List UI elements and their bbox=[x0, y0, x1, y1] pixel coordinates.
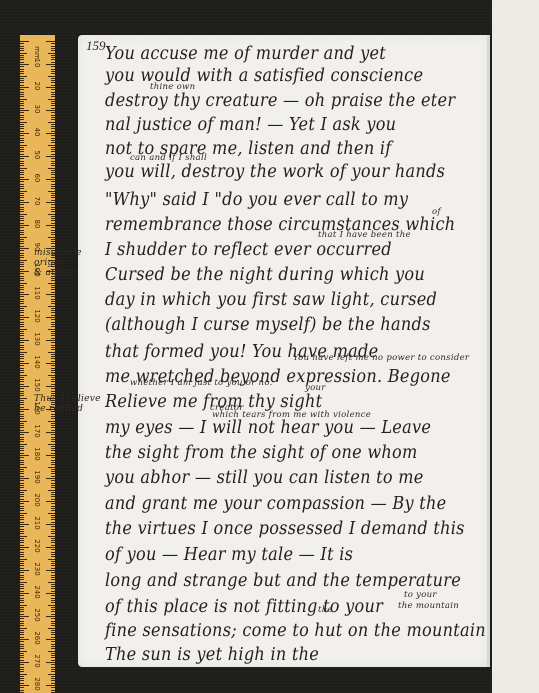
ruler-tick bbox=[51, 312, 55, 313]
ruler-tick bbox=[51, 473, 55, 474]
ruler-tick bbox=[20, 262, 24, 263]
ruler-tick bbox=[20, 112, 24, 113]
ruler-tick bbox=[51, 48, 55, 49]
ruler-tick bbox=[51, 73, 55, 74]
folio-number: 159 bbox=[86, 38, 106, 54]
ruler-tick bbox=[46, 455, 55, 456]
ruler-tick bbox=[20, 239, 24, 240]
ruler-tick bbox=[20, 437, 24, 438]
ruler-tick bbox=[51, 381, 55, 382]
ruler-tick bbox=[51, 57, 55, 58]
ruler-tick bbox=[20, 135, 24, 136]
ruler-tick bbox=[20, 404, 24, 405]
ruler-tick bbox=[51, 158, 55, 159]
ruler-label: 110 bbox=[33, 285, 41, 301]
ruler-tick bbox=[20, 347, 24, 348]
ruler-tick bbox=[20, 358, 24, 359]
ruler-tick bbox=[51, 464, 55, 465]
ruler-tick bbox=[20, 85, 24, 86]
ruler-tick bbox=[51, 508, 55, 509]
ruler-tick bbox=[48, 168, 55, 169]
manuscript-line: I shudder to reflect ever occurred bbox=[105, 240, 392, 260]
ruler-tick bbox=[51, 687, 55, 688]
ruler-tick bbox=[20, 53, 27, 54]
ruler-tick bbox=[51, 602, 55, 603]
ruler-tick bbox=[20, 524, 29, 525]
ruler-tick bbox=[51, 172, 55, 173]
ruler-tick bbox=[20, 186, 24, 187]
ruler-tick bbox=[51, 280, 55, 281]
ruler-tick bbox=[51, 370, 55, 371]
ruler-tick bbox=[20, 478, 29, 479]
ruler-tick bbox=[51, 299, 55, 300]
ruler-tick bbox=[51, 108, 55, 109]
ruler-tick bbox=[51, 545, 55, 546]
ruler-tick bbox=[20, 234, 24, 235]
manuscript-line: of this place is not fitting to your bbox=[105, 597, 383, 617]
ruler-tick bbox=[20, 188, 24, 189]
ruler-tick bbox=[20, 138, 24, 139]
ruler-tick bbox=[20, 480, 24, 481]
ruler-tick bbox=[51, 448, 55, 449]
ruler-tick bbox=[51, 296, 55, 297]
ruler-tick bbox=[51, 117, 55, 118]
ruler-tick bbox=[20, 59, 24, 60]
ruler-tick bbox=[20, 671, 24, 672]
ruler-tick bbox=[51, 227, 55, 228]
manuscript-line: nal justice of man! — Yet I ask you bbox=[105, 115, 396, 135]
ruler-tick bbox=[46, 156, 55, 157]
ruler-tick bbox=[20, 554, 24, 555]
ruler-tick bbox=[20, 204, 24, 205]
ruler-tick bbox=[20, 522, 24, 523]
ruler-tick bbox=[20, 563, 24, 564]
ruler-tick bbox=[51, 561, 55, 562]
ruler-tick bbox=[51, 165, 55, 166]
ruler-tick bbox=[20, 340, 29, 341]
ruler-label: 210 bbox=[33, 515, 41, 531]
ruler-tick bbox=[51, 96, 55, 97]
ruler-tick bbox=[20, 623, 24, 624]
ruler-tick bbox=[20, 515, 24, 516]
margin-note: miserable bbox=[34, 248, 82, 258]
ruler-tick bbox=[51, 211, 55, 212]
ruler-tick bbox=[20, 391, 24, 392]
ruler-tick bbox=[20, 333, 24, 334]
manuscript-line: Cursed be the night during which you bbox=[105, 265, 425, 285]
ruler-tick bbox=[48, 375, 55, 376]
ruler-tick bbox=[20, 230, 24, 231]
ruler-tick bbox=[51, 361, 55, 362]
ruler-tick bbox=[20, 197, 24, 198]
ruler-tick bbox=[20, 398, 27, 399]
ruler-tick bbox=[51, 683, 55, 684]
ruler-tick bbox=[48, 444, 55, 445]
ruler-tick bbox=[20, 308, 24, 309]
ruler-tick bbox=[20, 310, 24, 311]
ruler-tick bbox=[20, 257, 24, 258]
ruler-tick bbox=[20, 517, 24, 518]
ruler-tick bbox=[46, 87, 55, 88]
ruler-tick bbox=[51, 62, 55, 63]
ruler-tick bbox=[20, 370, 24, 371]
ruler-tick bbox=[20, 200, 24, 201]
ruler-tick bbox=[51, 142, 55, 143]
ruler-tick bbox=[20, 538, 24, 539]
ruler-tick bbox=[20, 600, 24, 601]
ruler-tick bbox=[20, 644, 24, 645]
manuscript-line: the virtues I once possessed I demand th… bbox=[105, 519, 465, 539]
ruler-tick bbox=[20, 409, 29, 410]
ruler-tick bbox=[51, 372, 55, 373]
ruler-tick bbox=[20, 595, 24, 596]
ruler-tick bbox=[20, 393, 24, 394]
ruler-tick bbox=[20, 246, 24, 247]
ruler-tick bbox=[48, 559, 55, 560]
ruler-tick bbox=[20, 503, 24, 504]
ruler-tick bbox=[51, 195, 55, 196]
ruler-tick bbox=[20, 625, 24, 626]
ruler-tick bbox=[48, 76, 55, 77]
ruler-tick bbox=[20, 605, 27, 606]
ruler-tick bbox=[20, 145, 27, 146]
ruler-tick bbox=[51, 669, 55, 670]
ruler-label: 180 bbox=[33, 446, 41, 462]
ruler-tick bbox=[20, 490, 27, 491]
ruler-tick bbox=[20, 685, 29, 686]
ruler-tick bbox=[20, 485, 24, 486]
ruler-tick bbox=[51, 324, 55, 325]
ruler-tick bbox=[51, 326, 55, 327]
ruler-tick bbox=[20, 529, 24, 530]
ruler-tick bbox=[51, 368, 55, 369]
ruler-tick bbox=[51, 285, 55, 286]
ruler-label: 20 bbox=[33, 78, 41, 94]
ruler-tick bbox=[20, 78, 24, 79]
ruler-tick bbox=[51, 476, 55, 477]
ruler-tick bbox=[20, 46, 24, 47]
ruler-tick bbox=[51, 384, 55, 385]
ruler-tick bbox=[20, 547, 29, 548]
ruler-tick bbox=[20, 92, 24, 93]
ruler-tick bbox=[20, 460, 24, 461]
ruler-tick bbox=[20, 457, 24, 458]
ruler-tick bbox=[20, 545, 24, 546]
ruler-tick bbox=[20, 427, 24, 428]
ruler-tick bbox=[20, 140, 24, 141]
ruler-tick bbox=[51, 358, 55, 359]
ruler-label: 260 bbox=[33, 630, 41, 646]
ruler-tick bbox=[20, 165, 24, 166]
ruler-tick bbox=[20, 365, 24, 366]
ruler-tick bbox=[48, 99, 55, 100]
ruler-tick bbox=[51, 331, 55, 332]
ruler-tick bbox=[51, 471, 55, 472]
ruler-tick bbox=[20, 271, 29, 272]
ruler-tick bbox=[51, 218, 55, 219]
ruler-tick bbox=[20, 494, 24, 495]
ruler-tick bbox=[51, 59, 55, 60]
interlinear-insertion: whether I am just to you or no. bbox=[130, 378, 273, 388]
ruler-tick bbox=[20, 294, 29, 295]
ruler-tick bbox=[51, 101, 55, 102]
manuscript-line: of you — Hear my tale — It is bbox=[105, 545, 353, 565]
ruler-tick bbox=[20, 439, 24, 440]
ruler-tick bbox=[20, 352, 27, 353]
ruler-tick bbox=[51, 529, 55, 530]
ruler-tick bbox=[20, 607, 24, 608]
ruler-tick bbox=[51, 161, 55, 162]
ruler-tick bbox=[20, 536, 27, 537]
ruler-tick bbox=[20, 506, 24, 507]
ruler-tick bbox=[51, 85, 55, 86]
ruler-label: 140 bbox=[33, 354, 41, 370]
ruler-tick bbox=[20, 179, 29, 180]
ruler-tick bbox=[51, 434, 55, 435]
ruler-tick bbox=[51, 322, 55, 323]
ruler-tick bbox=[20, 76, 27, 77]
ruler-tick bbox=[51, 446, 55, 447]
ruler-tick bbox=[51, 549, 55, 550]
ruler-tick bbox=[51, 92, 55, 93]
ruler-tick bbox=[51, 611, 55, 612]
ruler-tick bbox=[51, 232, 55, 233]
ruler-tick bbox=[46, 616, 55, 617]
ruler-tick bbox=[51, 151, 55, 152]
margin-note: Thus I relieve bbox=[34, 394, 101, 404]
ruler-tick bbox=[20, 329, 27, 330]
ruler-tick bbox=[20, 48, 24, 49]
ruler-tick bbox=[51, 494, 55, 495]
ruler-tick bbox=[20, 126, 24, 127]
ruler-tick bbox=[20, 510, 24, 511]
ruler-tick bbox=[20, 195, 24, 196]
ruler-tick bbox=[20, 110, 29, 111]
ruler-tick bbox=[51, 230, 55, 231]
ruler-label: 200 bbox=[33, 492, 41, 508]
ruler-tick bbox=[51, 430, 55, 431]
ruler-tick bbox=[51, 82, 55, 83]
ruler-tick bbox=[20, 531, 24, 532]
ruler-tick bbox=[51, 621, 55, 622]
ruler-tick bbox=[51, 657, 55, 658]
ruler-tick bbox=[20, 168, 27, 169]
ruler-tick bbox=[20, 655, 24, 656]
ruler-tick bbox=[51, 105, 55, 106]
ruler-tick bbox=[48, 490, 55, 491]
ruler-tick bbox=[51, 319, 55, 320]
ruler-tick bbox=[51, 441, 55, 442]
ruler-tick bbox=[51, 584, 55, 585]
ruler-tick bbox=[20, 349, 24, 350]
ruler-tick bbox=[51, 103, 55, 104]
ruler-tick bbox=[20, 149, 24, 150]
ruler-tick bbox=[20, 611, 24, 612]
ruler-tick bbox=[51, 598, 55, 599]
ruler-tick bbox=[20, 575, 24, 576]
ruler-tick bbox=[20, 434, 24, 435]
ruler-tick bbox=[20, 163, 24, 164]
ruler-tick bbox=[20, 87, 29, 88]
ruler-tick bbox=[20, 342, 24, 343]
ruler-tick bbox=[20, 319, 24, 320]
manuscript-line: destroy thy creature — oh praise the ete… bbox=[105, 91, 455, 111]
ruler-tick bbox=[20, 501, 29, 502]
ruler-tick bbox=[51, 308, 55, 309]
ruler-tick bbox=[51, 163, 55, 164]
manuscript-line: you will, destroy the work of your hands bbox=[105, 162, 445, 182]
ruler-tick bbox=[46, 639, 55, 640]
ruler-tick bbox=[20, 639, 29, 640]
ruler-tick bbox=[20, 41, 29, 42]
interlinear-insertion: You have left me no power to consider bbox=[293, 353, 469, 363]
ruler-tick bbox=[20, 285, 24, 286]
ruler-tick bbox=[51, 646, 55, 647]
ruler-tick bbox=[51, 572, 55, 573]
ruler-tick bbox=[20, 657, 24, 658]
ruler-tick bbox=[20, 280, 24, 281]
ruler-tick bbox=[51, 207, 55, 208]
ruler-tick bbox=[20, 335, 24, 336]
ruler-label: 80 bbox=[33, 216, 41, 232]
ruler-tick bbox=[20, 299, 24, 300]
ruler-tick bbox=[51, 676, 55, 677]
ruler-tick bbox=[51, 204, 55, 205]
ruler-tick bbox=[20, 400, 24, 401]
ruler-tick bbox=[20, 646, 24, 647]
interlinear-insertion: to your bbox=[404, 590, 437, 600]
ruler-tick bbox=[51, 423, 55, 424]
ruler-tick bbox=[20, 464, 24, 465]
interlinear-insertion: that I have been the bbox=[318, 230, 411, 240]
ruler-tick bbox=[20, 273, 24, 274]
ruler-tick bbox=[51, 71, 55, 72]
ruler-tick bbox=[51, 391, 55, 392]
ruler-tick bbox=[20, 170, 24, 171]
interlinear-insertion: thine own bbox=[150, 82, 195, 92]
ruler-tick bbox=[51, 586, 55, 587]
ruler-tick bbox=[20, 616, 29, 617]
ruler-tick bbox=[20, 172, 24, 173]
ruler-tick bbox=[20, 292, 24, 293]
ruler-tick bbox=[48, 605, 55, 606]
ruler-label: 170 bbox=[33, 423, 41, 439]
ruler-tick bbox=[20, 411, 24, 412]
ruler-tick bbox=[51, 131, 55, 132]
ruler-tick bbox=[48, 421, 55, 422]
ruler-tick bbox=[46, 524, 55, 525]
ruler-tick bbox=[20, 193, 24, 194]
ruler-tick bbox=[51, 303, 55, 304]
ruler-tick bbox=[20, 628, 27, 629]
ruler-tick bbox=[51, 522, 55, 523]
ruler-tick bbox=[51, 94, 55, 95]
ruler-tick bbox=[20, 241, 24, 242]
ruler-tick bbox=[51, 680, 55, 681]
ruler-tick bbox=[20, 568, 24, 569]
ruler-tick bbox=[51, 181, 55, 182]
ruler-tick bbox=[20, 637, 24, 638]
ruler-tick bbox=[51, 483, 55, 484]
ruler-tick bbox=[51, 66, 55, 67]
ruler-tick bbox=[20, 416, 24, 417]
ruler-tick bbox=[20, 345, 24, 346]
ruler-tick bbox=[51, 124, 55, 125]
ruler-tick bbox=[20, 680, 24, 681]
ruler-tick bbox=[51, 241, 55, 242]
ruler-tick bbox=[51, 648, 55, 649]
ruler-tick bbox=[20, 499, 24, 500]
ruler-tick bbox=[20, 632, 24, 633]
ruler-tick bbox=[46, 340, 55, 341]
ruler-tick bbox=[51, 457, 55, 458]
ruler-tick bbox=[51, 243, 55, 244]
ruler-tick bbox=[20, 278, 24, 279]
manuscript-line: (although I curse myself) be the hands bbox=[105, 315, 431, 335]
ruler-label: 190 bbox=[33, 469, 41, 485]
ruler-tick bbox=[20, 496, 24, 497]
ruler-tick bbox=[20, 211, 24, 212]
ruler-tick bbox=[51, 510, 55, 511]
ruler-tick bbox=[20, 473, 24, 474]
ruler-tick bbox=[20, 296, 24, 297]
ruler-tick bbox=[51, 632, 55, 633]
ruler-tick bbox=[20, 303, 24, 304]
ruler-tick bbox=[51, 335, 55, 336]
ruler-tick bbox=[51, 149, 55, 150]
ruler-tick bbox=[51, 246, 55, 247]
ruler-tick bbox=[20, 375, 27, 376]
ruler-tick bbox=[20, 621, 24, 622]
page-edge bbox=[487, 35, 490, 667]
ruler-tick bbox=[20, 62, 24, 63]
ruler-tick bbox=[20, 94, 24, 95]
ruler-tick bbox=[20, 50, 24, 51]
ruler-tick bbox=[46, 317, 55, 318]
ruler-tick bbox=[20, 386, 29, 387]
ruler-tick bbox=[20, 467, 27, 468]
manuscript-line: the sight from the sight of one whom bbox=[105, 443, 418, 463]
ruler-label: 270 bbox=[33, 653, 41, 669]
ruler-tick bbox=[48, 53, 55, 54]
ruler-tick bbox=[51, 140, 55, 141]
ruler-tick bbox=[20, 674, 27, 675]
margin-note: & author bbox=[34, 268, 78, 278]
ruler-tick bbox=[46, 133, 55, 134]
ruler-tick bbox=[51, 690, 55, 691]
ruler-tick bbox=[51, 540, 55, 541]
ruler-tick bbox=[20, 216, 24, 217]
ruler-tick bbox=[20, 43, 24, 44]
ruler-tick bbox=[51, 644, 55, 645]
ruler-tick bbox=[51, 653, 55, 654]
ruler-tick bbox=[20, 220, 24, 221]
ruler-tick bbox=[20, 430, 24, 431]
ruler-label: 50 bbox=[33, 147, 41, 163]
ruler-tick bbox=[46, 662, 55, 663]
ruler-tick bbox=[20, 181, 24, 182]
interlinear-insertion: of bbox=[432, 207, 441, 217]
ruler-tick bbox=[51, 112, 55, 113]
ruler-tick bbox=[51, 671, 55, 672]
ruler-tick bbox=[51, 186, 55, 187]
ruler-tick bbox=[51, 563, 55, 564]
ruler-tick bbox=[20, 618, 24, 619]
ruler-tick bbox=[20, 253, 24, 254]
ruler-tick bbox=[48, 329, 55, 330]
ruler-tick bbox=[20, 361, 24, 362]
ruler-tick bbox=[51, 418, 55, 419]
